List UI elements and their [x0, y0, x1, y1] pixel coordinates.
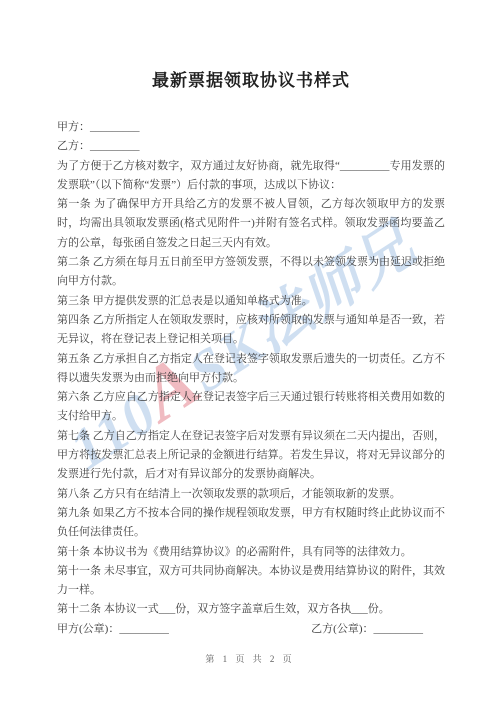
party-b-line: 乙方：_________ — [57, 137, 445, 156]
clause-2: 第二条 乙方须在每月五日前至甲方签领发票，不得以未签领发票为由延迟或拒绝向甲方付… — [57, 253, 445, 292]
contract-body: 甲方：_________ 乙方：_________ 为了方便于乙方核对数字，双方… — [57, 118, 445, 639]
clause-1: 第一条 为了确保甲方开具给乙方的发票不被人冒领，乙方每次领取甲方的发票时，均需出… — [57, 195, 445, 253]
clause-5: 第五条 乙方承担自乙方指定人在登记表签字领取发票后遗失的一切责任。乙方不得以遗失… — [57, 350, 445, 389]
clause-6: 第六条 乙方应自乙方指定人在登记表签字后三天通过银行转账将相关费用如数的支付给甲… — [57, 388, 445, 427]
document-page: 110ASK法师兄 最新票据领取协议书样式 甲方：_________ 乙方：__… — [0, 0, 500, 706]
document-content: 最新票据领取协议书样式 甲方：_________ 乙方：_________ 为了… — [57, 0, 445, 639]
clause-10: 第十条 本协议书为《费用结算协议》的必需附件，具有同等的法律效力。 — [57, 543, 445, 562]
clause-8: 第八条 乙方只有在结清上一次领取发票的款项后，才能领取新的发票。 — [57, 485, 445, 504]
clause-7: 第七条 乙方自乙方指定人在登记表签字后对发票有异议须在二天内提出，否则，甲方将按… — [57, 427, 445, 485]
clause-3: 第三条 甲方提供发票的汇总表是以通知单格式为准。 — [57, 292, 445, 311]
clause-11: 第十一条 未尽事宜，双方可共同协商解决。本协议是费用结算协议的附件，其效力一样。 — [57, 562, 445, 601]
party-a-line: 甲方：_________ — [57, 118, 445, 137]
clause-12: 第十二条 本协议一式___份，双方签字盖章后生效，双方各执___份。 — [57, 600, 445, 619]
document-title: 最新票据领取协议书样式 — [57, 0, 445, 91]
page-number: 第 1 页 共 2 页 — [0, 652, 500, 665]
party-a-seal-line: 甲方(公章)：_________ — [57, 620, 169, 639]
party-b-seal-line: 乙方(公章)：_________ — [311, 620, 423, 639]
clause-4: 第四条 乙方所指定人在领取发票时，应核对所领取的发票与通知单是否一致，若无异议，… — [57, 311, 445, 350]
clause-9: 第九条 如果乙方不按本合同的操作规程领取发票，甲方有权随时终止此协议而不负任何法… — [57, 504, 445, 543]
intro-paragraph: 为了方便于乙方核对数字，双方通过友好协商，就先取得“_________专用发票的… — [57, 157, 445, 196]
signature-row: 甲方(公章)：_________ 乙方(公章)：_________ — [57, 620, 445, 639]
